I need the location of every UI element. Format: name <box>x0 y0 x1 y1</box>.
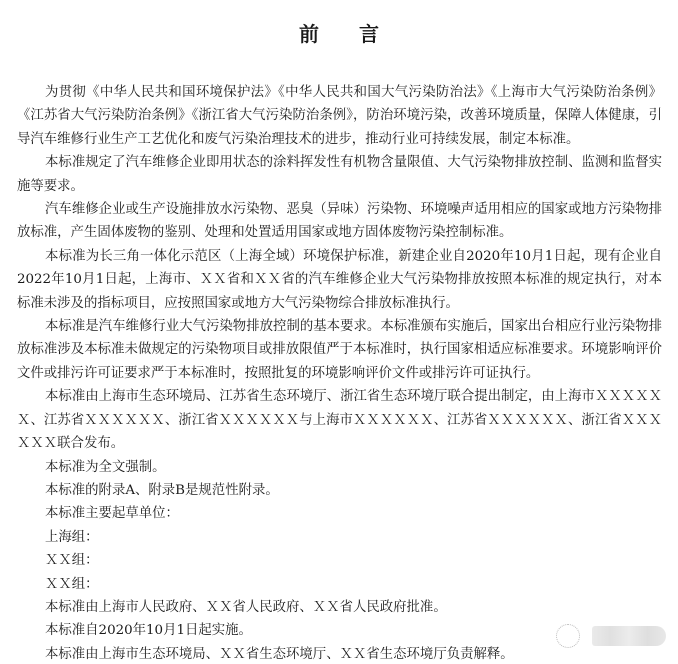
paragraph: 本标准主要起草单位： <box>17 502 662 525</box>
paragraph: ＸＸ组： <box>17 573 662 596</box>
document-body: 为贯彻《中华人民共和国环境保护法》《中华人民共和国大气污染防治法》《上海市大气污… <box>17 81 662 664</box>
paragraph: 本标准由上海市人民政府、ＸＸ省人民政府、ＸＸ省人民政府批准。 <box>17 596 662 619</box>
wechat-icon <box>556 624 580 648</box>
paragraph: 汽车维修企业或生产设施排放水污染物、恶臭（异味）污染物、环境噪声适用相应的国家或… <box>17 198 662 245</box>
paragraph: 本标准的附录A、附录B是规范性附录。 <box>17 479 662 502</box>
watermark <box>556 620 674 650</box>
page-title: 前言 <box>0 18 678 47</box>
paragraph: ＸＸ组： <box>17 549 662 572</box>
paragraph: 上海组： <box>17 526 662 549</box>
blurred-account-name <box>592 626 666 646</box>
paragraph: 本标准规定了汽车维修企业即用状态的涂料挥发性有机物含量限值、大气污染物排放控制、… <box>17 151 662 198</box>
paragraph: 为贯彻《中华人民共和国环境保护法》《中华人民共和国大气污染防治法》《上海市大气污… <box>17 81 662 151</box>
paragraph: 本标准由上海市生态环境局、江苏省生态环境厅、浙江省生态环境厅联合提出制定，由上海… <box>17 385 662 455</box>
paragraph: 本标准为全文强制。 <box>17 456 662 479</box>
paragraph: 本标准为长三角一体化示范区（上海全域）环境保护标准，新建企业自2020年10月1… <box>17 245 662 315</box>
paragraph: 本标准是汽车维修行业大气污染物排放控制的基本要求。本标准颁布实施后，国家出台相应… <box>17 315 662 385</box>
